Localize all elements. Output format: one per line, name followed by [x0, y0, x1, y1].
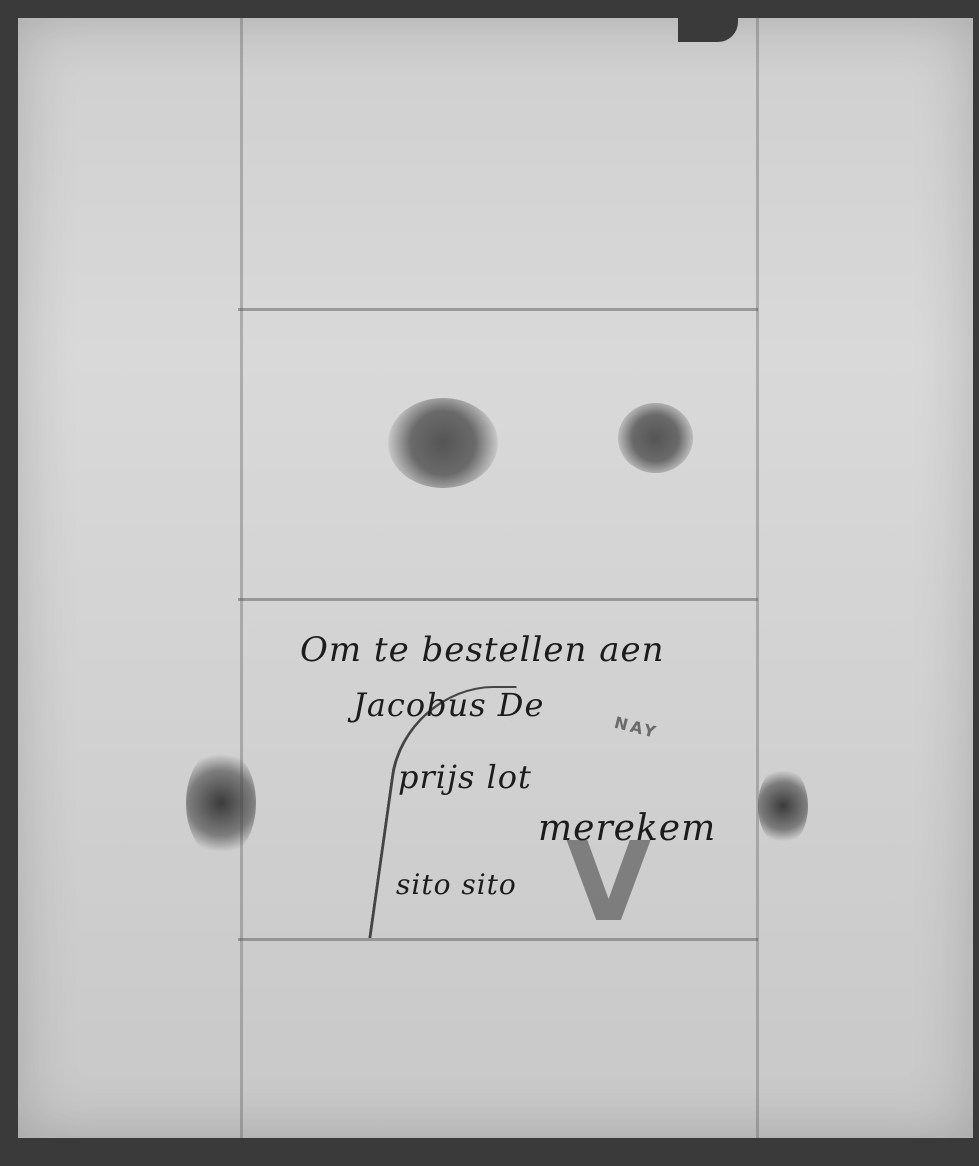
- fold-line-bottom: [238, 938, 758, 941]
- address-line-3: prijs lot: [398, 758, 532, 796]
- fold-line-middle: [238, 598, 758, 601]
- fold-line-top: [238, 308, 758, 311]
- postmark-stamp: NAY: [612, 713, 660, 742]
- torn-edge: [678, 18, 738, 42]
- fold-line-right: [756, 18, 759, 1138]
- wax-seal-left: [388, 398, 498, 488]
- ink-smudge-left: [186, 748, 256, 858]
- ink-smudge-right: [758, 766, 808, 846]
- address-line-4: merekem: [538, 808, 716, 849]
- fold-line-left: [240, 18, 243, 1138]
- address-line-5: sito sito: [396, 868, 517, 901]
- address-line-1: Om te bestellen aen: [300, 630, 665, 670]
- address-line-2: Jacobus De: [353, 686, 544, 724]
- letter-sheet: V NAY Om te bestellen aen Jacobus De pri…: [18, 18, 973, 1138]
- wax-seal-right: [618, 403, 693, 473]
